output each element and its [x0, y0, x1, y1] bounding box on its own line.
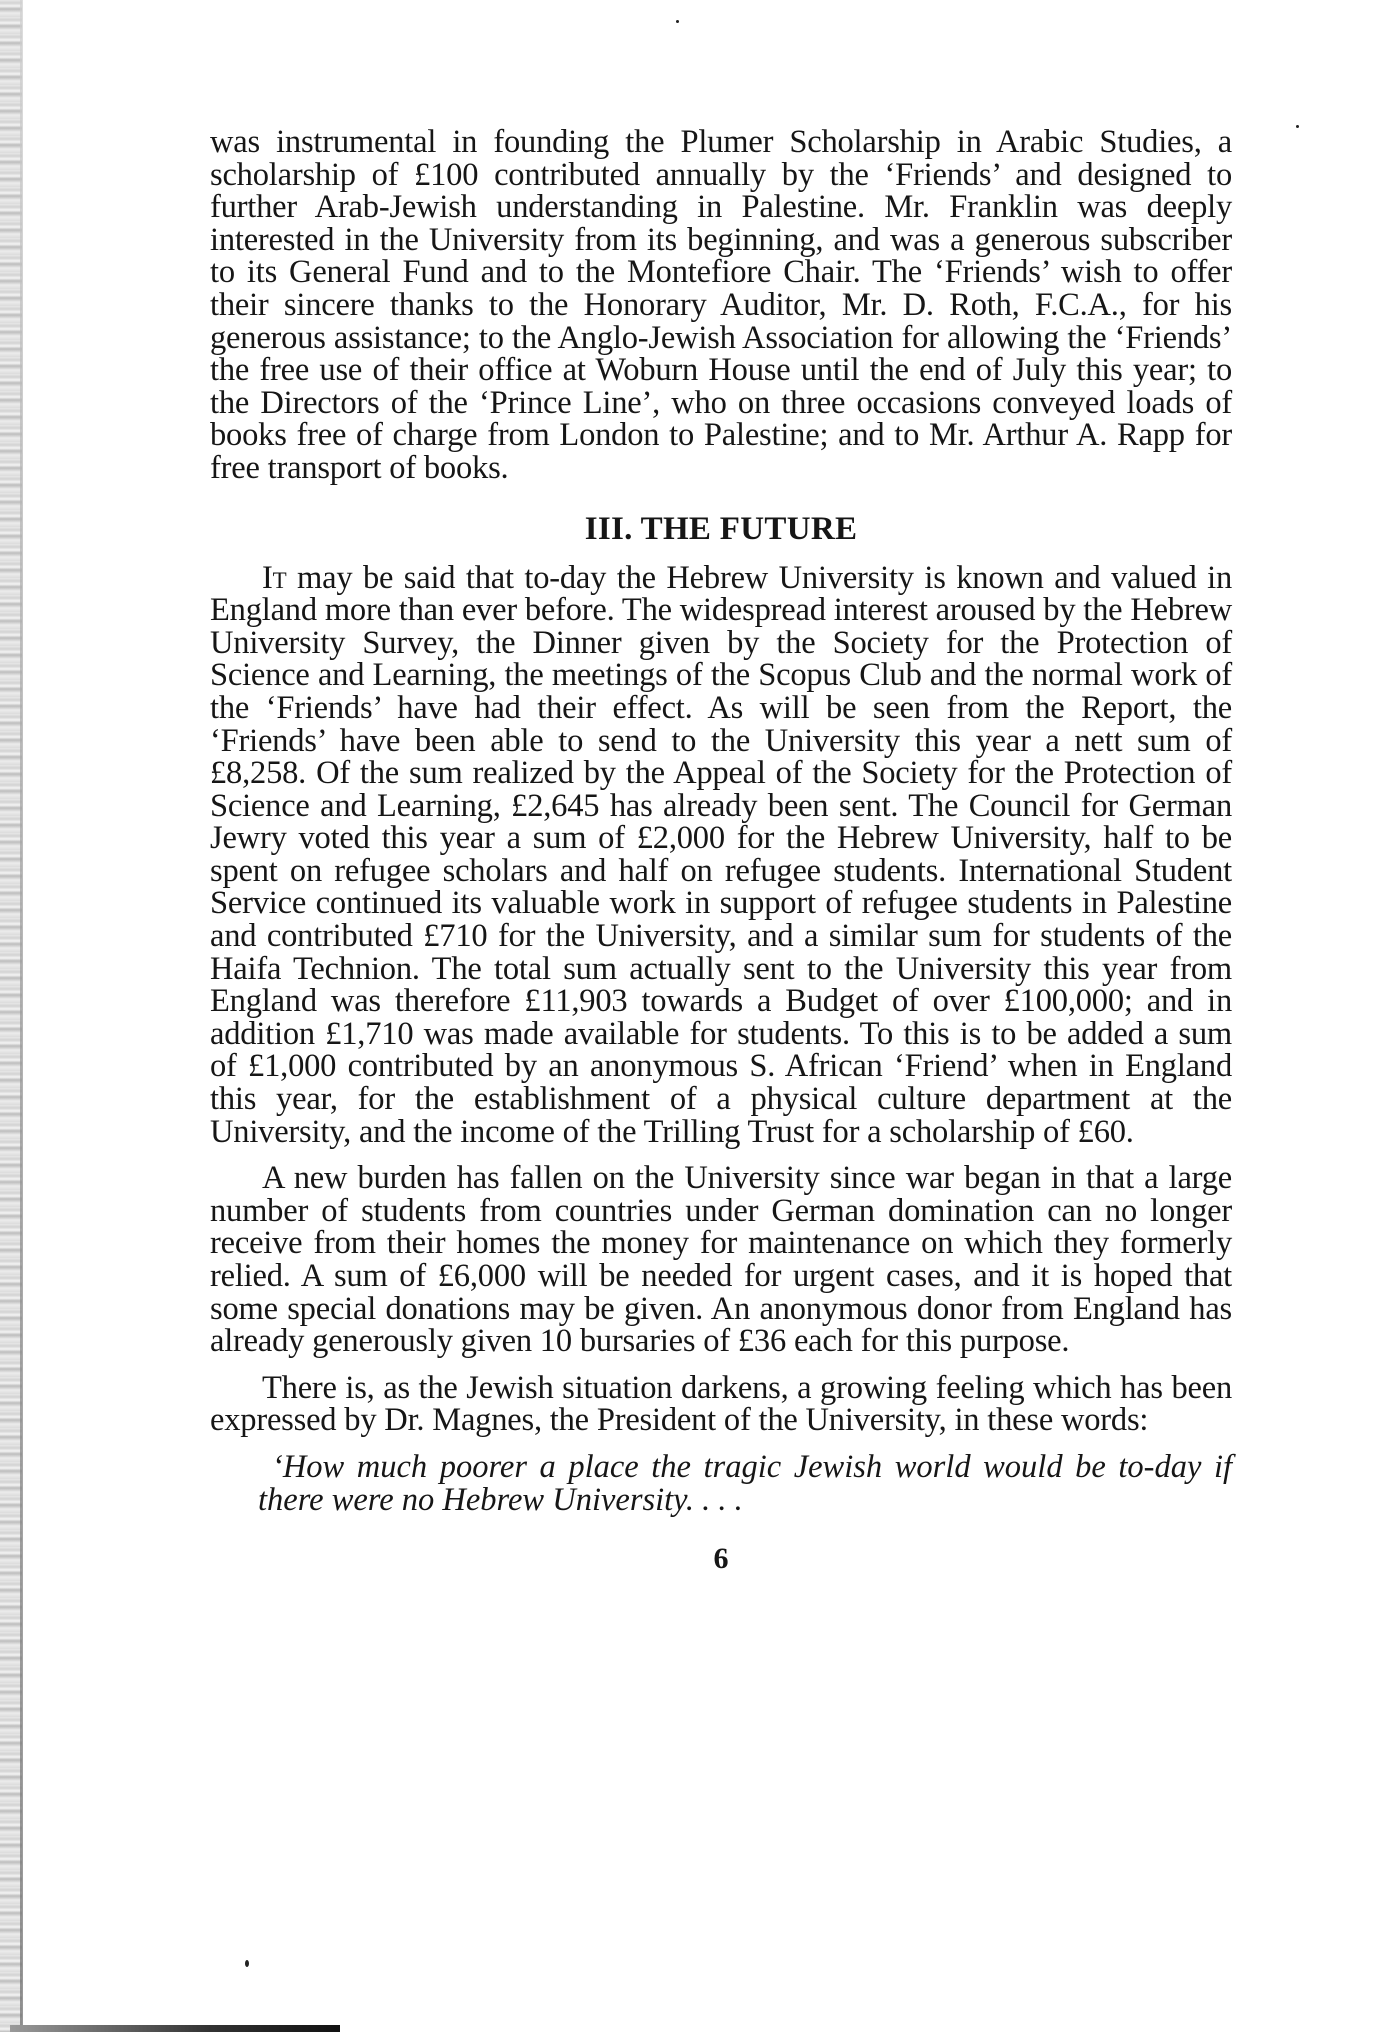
paragraph-lead-smallcaps: It — [262, 560, 286, 596]
document-page: was instrumental in founding the Plumer … — [210, 126, 1232, 1576]
magnes-quote: ‘How much poorer a place the tragic Jewi… — [210, 1451, 1232, 1516]
section-paragraph-3: There is, as the Jewish situation darken… — [210, 1372, 1232, 1437]
paper-speck — [245, 1960, 249, 1967]
page-number: 6 — [210, 1542, 1232, 1576]
section-paragraph-1: It may be said that to-day the Hebrew Un… — [210, 562, 1232, 1149]
page-edge-shadow — [20, 0, 23, 2032]
book-binding-gutter — [0, 0, 22, 2032]
paper-speck — [676, 20, 679, 23]
section-paragraph-2: A new burden has fallen on the Universit… — [210, 1162, 1232, 1358]
page-bottom-edge — [10, 2025, 340, 2032]
section-heading: III. THE FUTURE — [210, 511, 1232, 548]
paragraph-body: may be said that to-day the Hebrew Unive… — [210, 560, 1232, 1150]
opening-paragraph: was instrumental in founding the Plumer … — [210, 126, 1232, 485]
paper-speck — [1296, 125, 1299, 128]
